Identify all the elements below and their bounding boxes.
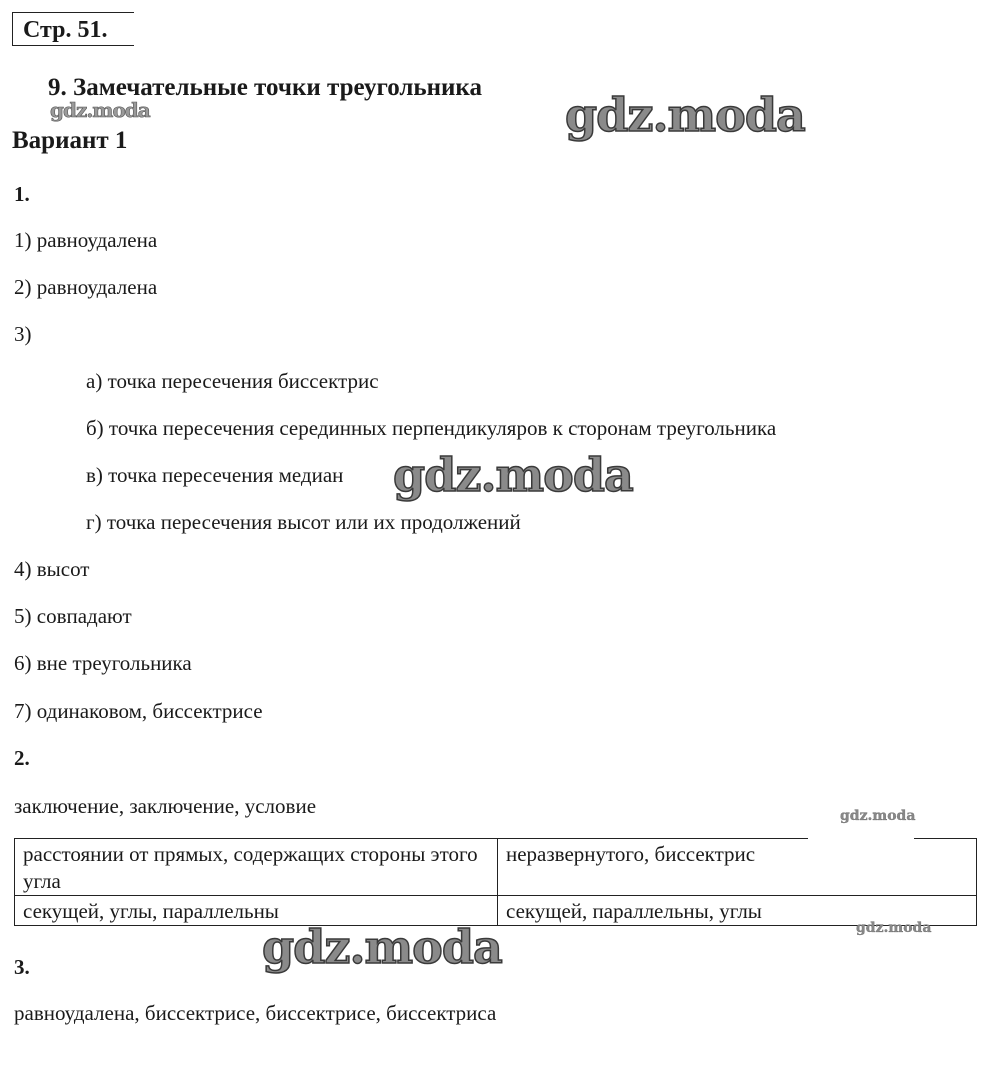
task-1-item-7: 7) одинаковом, биссектрисе (14, 699, 263, 724)
watermark: gdz.moda (565, 88, 805, 142)
task-1-item-6: 6) вне треугольника (14, 651, 192, 676)
task-1-item-5: 5) совпадают (14, 604, 132, 629)
watermark: gdz.moda (856, 920, 931, 936)
watermark-erasure (808, 858, 908, 894)
watermark: gdz.moda (262, 920, 502, 974)
watermark: gdz.moda (50, 98, 150, 122)
watermark: gdz.moda (393, 448, 633, 502)
page-label: Стр. 51. (12, 12, 134, 46)
task-1-item-4: 4) высот (14, 557, 90, 582)
task-1-subitem-b: б) точка пересечения серединных перпенди… (86, 416, 776, 441)
task-1-subitem-a: а) точка пересечения биссектрис (86, 369, 379, 394)
watermark: gdz.moda (840, 808, 915, 824)
table-cell: расстоянии от прямых, содержащих стороны… (15, 839, 498, 896)
task-1-subitem-g: г) точка пересечения высот или их продол… (86, 510, 521, 535)
task-2-number: 2. (14, 746, 30, 771)
task-3-number: 3. (14, 955, 30, 980)
task-1-item-1: 1) равноудалена (14, 228, 157, 253)
watermark-erasure (808, 838, 914, 858)
task-1-number: 1. (14, 182, 30, 207)
task-2-text: заключение, заключение, условие (14, 794, 316, 819)
variant-heading: Вариант 1 (12, 127, 127, 155)
task-1-item-2: 2) равноудалена (14, 275, 157, 300)
task-1-subitem-v: в) точка пересечения медиан (86, 463, 343, 488)
task-3-text: равноудалена, биссектрисе, биссектрисе, … (14, 1001, 496, 1026)
task-1-item-3: 3) (14, 322, 32, 347)
